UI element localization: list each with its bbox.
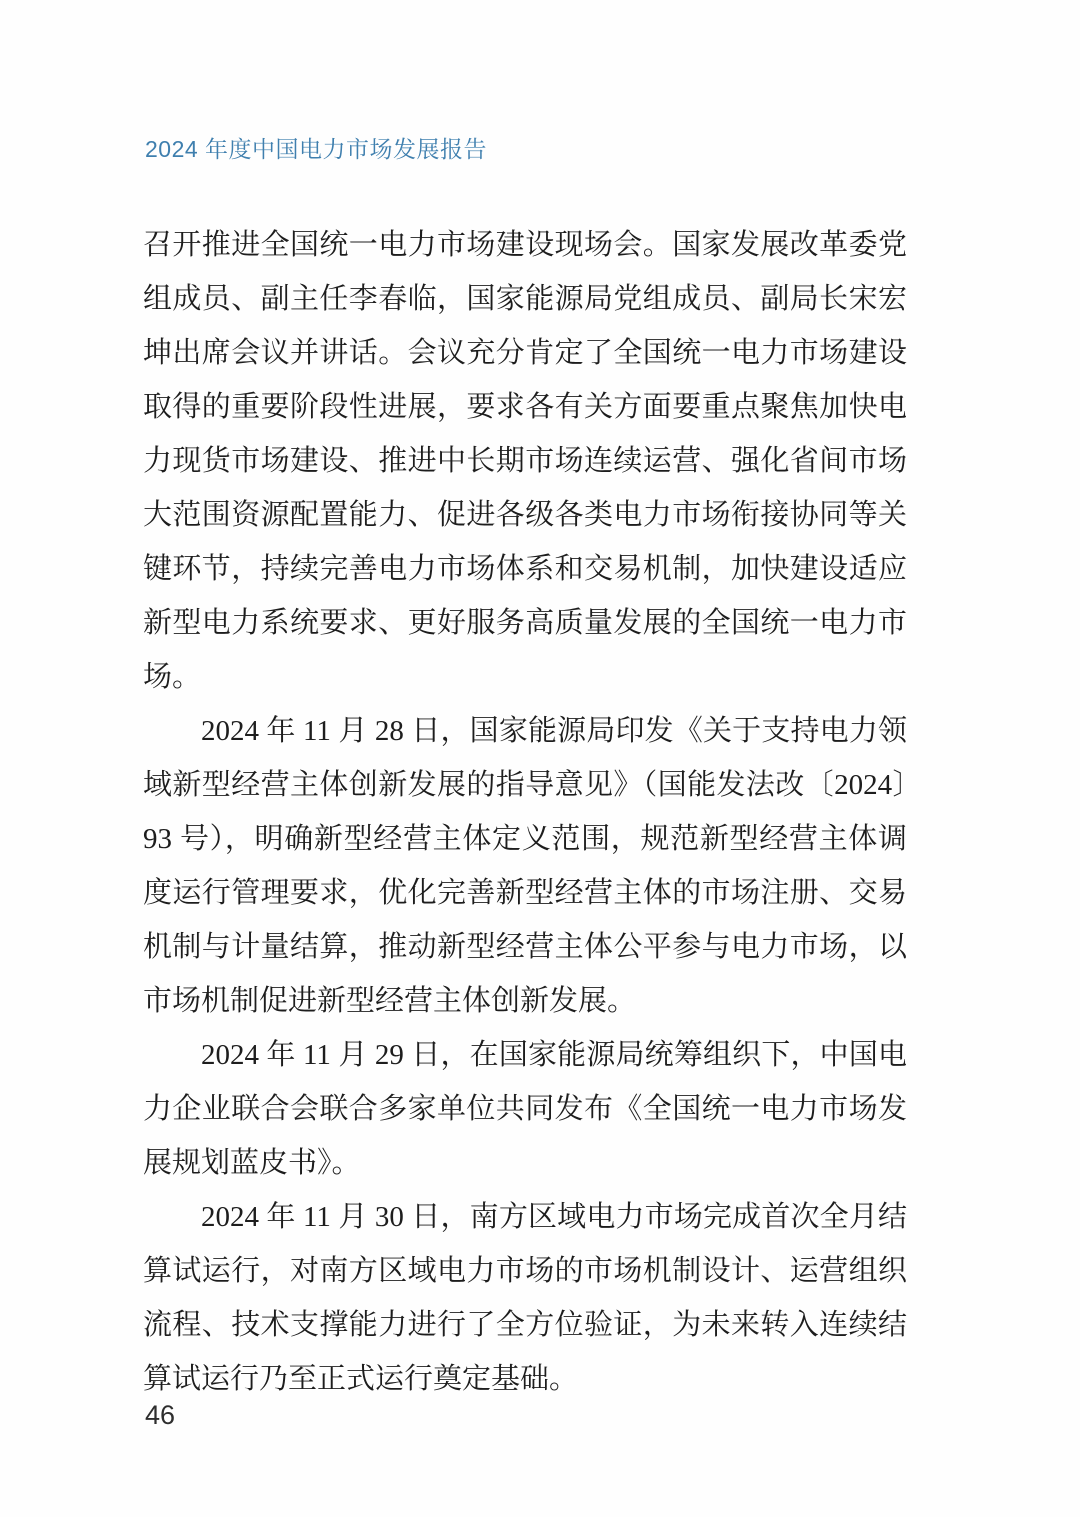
page-number: 46 [145,1400,175,1431]
paragraph: 2024 年 11 月 29 日，在国家能源局统筹组织下，中国电力企业联合会联合… [143,1028,907,1190]
running-header: 2024 年度中国电力市场发展报告 [145,131,487,164]
body-text-block: 召开推进全国统一电力市场建设现场会。国家发展改革委党组成员、副主任李春临，国家能… [143,218,907,1406]
paragraph: 2024 年 11 月 28 日，国家能源局印发《关于支持电力领域新型经营主体创… [143,704,907,1028]
report-page: 2024 年度中国电力市场发展报告 召开推进全国统一电力市场建设现场会。国家发展… [0,0,1080,1517]
paragraph: 召开推进全国统一电力市场建设现场会。国家发展改革委党组成员、副主任李春临，国家能… [143,218,907,704]
paragraph: 2024 年 11 月 30 日，南方区域电力市场完成首次全月结算试运行，对南方… [143,1190,907,1406]
